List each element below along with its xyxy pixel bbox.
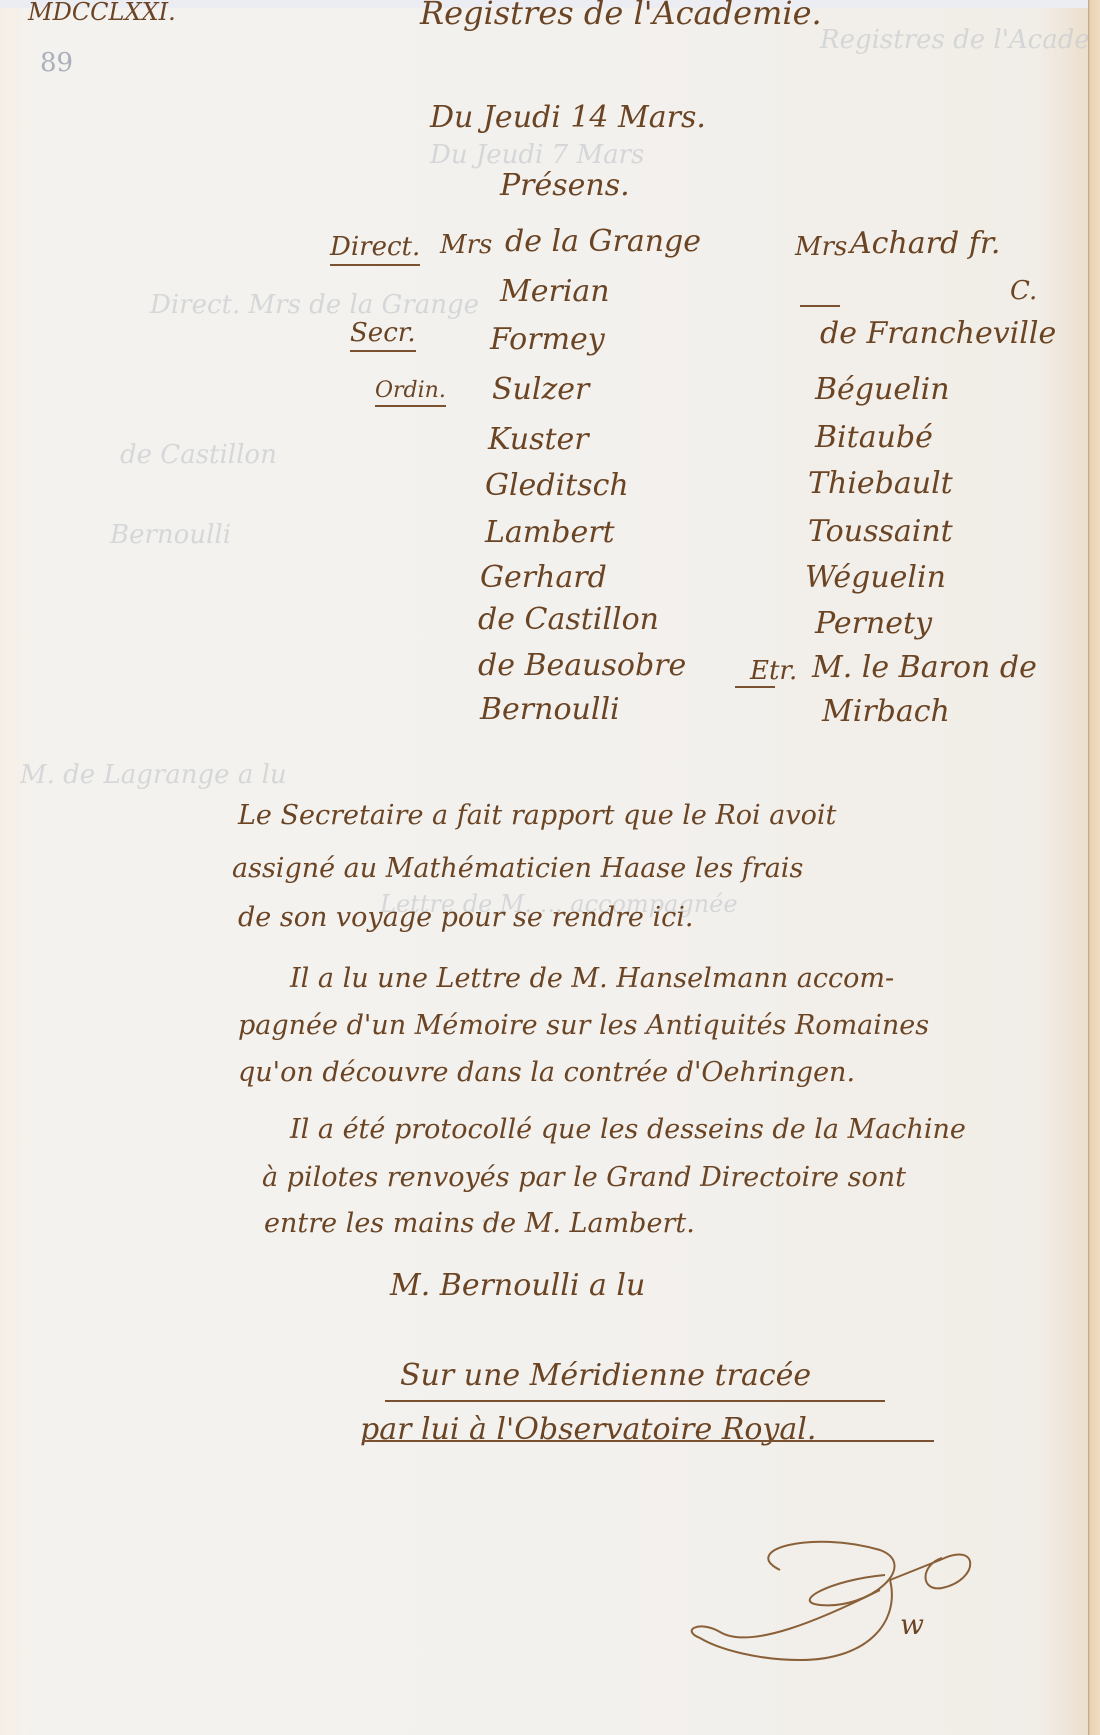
member-name: de la Grange (505, 224, 701, 259)
member-name: Toussaint (808, 514, 953, 549)
minutes-line: qu'on découvre dans la contrée d'Oehring… (238, 1047, 855, 1099)
member-name: de Francheville (820, 316, 1056, 351)
session-date: Du Jeudi 14 Mars. (430, 100, 706, 135)
messieurs-prefix-right: Mrs (795, 232, 847, 262)
minutes-line: Il a été protocollé que les desseins de … (290, 1104, 966, 1156)
minutes-line: pagnée d'un Mémoire sur les Antiquités R… (238, 1000, 929, 1052)
signature-suffix: w (900, 1608, 924, 1641)
member-name: de Beausobre (478, 648, 686, 683)
messieurs-prefix-left: Mrs (440, 230, 492, 260)
member-name: Bitaubé (815, 420, 933, 455)
member-name: Formey (490, 322, 605, 357)
signature-flourish-icon (680, 1510, 990, 1690)
member-name: Lambert (485, 515, 615, 550)
register-title: Registres de l'Academie. (420, 0, 822, 32)
bleed-through-text: M. de Lagrange a lu (20, 760, 287, 790)
reading-title-line1: Sur une Méridienne tracée (400, 1358, 811, 1393)
member-name: de Castillon (478, 602, 659, 637)
bleed-through-text: de Castillon (120, 440, 277, 470)
member-name: Thiebault (808, 466, 953, 501)
role-ordinary: Ordin. (375, 378, 446, 403)
minutes-line: de son voyage pour se rendre ici. (238, 892, 693, 944)
member-name: Merian (500, 274, 610, 309)
member-name: Achard fr. (850, 226, 1000, 261)
binding-gutter (1088, 0, 1100, 1735)
honorary-label: Etr. (750, 656, 797, 686)
member-name: Bernoulli (480, 692, 620, 727)
role-director: Direct. (330, 232, 420, 262)
bleed-through-text: Registres de l'Academie (820, 25, 1100, 55)
present-label: Présens. (500, 168, 630, 203)
role-secretary: Secr. (350, 318, 416, 348)
member-name: Pernety (815, 606, 932, 641)
member-name: Gerhard (480, 560, 607, 595)
minutes-line: assigné au Mathématicien Haase les frais (232, 843, 803, 895)
member-name: Wéguelin (805, 560, 946, 595)
minutes-line: à pilotes renvoyés par le Grand Directoi… (262, 1152, 906, 1204)
member-name: C. (1010, 276, 1037, 306)
member-name: Kuster (488, 422, 589, 457)
dash-rule (800, 305, 840, 307)
dash-rule (735, 686, 775, 688)
member-name: M. le Baron de (812, 650, 1037, 685)
bleed-through-text: Direct. Mrs de la Grange (150, 290, 479, 320)
bleed-through-text: Bernoulli (110, 520, 231, 550)
bleed-through-text: Du Jeudi 7 Mars (430, 140, 644, 170)
folio-year: MDCCLXXI. (28, 0, 176, 26)
minutes-line: Le Secretaire a fait rapport que le Roi … (238, 790, 836, 842)
manuscript-page: Registres de l'Academie Du Jeudi 7 Mars … (0, 0, 1088, 1735)
member-name: Béguelin (815, 372, 950, 407)
title-underline (385, 1400, 885, 1402)
reading-intro: M. Bernoulli a lu (390, 1268, 645, 1303)
member-name: Sulzer (492, 372, 589, 407)
minutes-line: Il a lu une Lettre de M. Hanselmann acco… (290, 953, 894, 1005)
title-underline (362, 1440, 934, 1442)
member-name: Mirbach (822, 694, 950, 729)
member-name: Gleditsch (485, 468, 629, 503)
page-number: 89 (40, 48, 73, 78)
minutes-line: entre les mains de M. Lambert. (264, 1198, 695, 1250)
